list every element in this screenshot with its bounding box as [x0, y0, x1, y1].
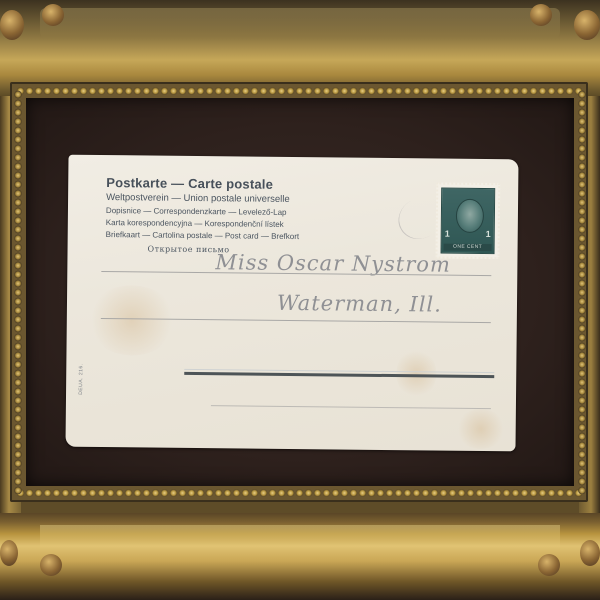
- frame-corner-ornament-bottom-right: [530, 540, 600, 580]
- stamp-denomination-left: 1: [445, 229, 450, 239]
- postcard-language-line: Karta korespondencyjna — Korespondenční …: [106, 218, 284, 229]
- postage-stamp: 1 1 ONE CENT: [435, 183, 500, 260]
- bead-column-right: [577, 90, 587, 494]
- postcard-language-line: Briefkaart — Cartolina postale — Post ca…: [106, 230, 299, 241]
- frame-corner-ornament-bottom-left: [0, 540, 70, 580]
- stamp-denomination-right: 1: [486, 229, 491, 239]
- frame-corner-ornament-top-right: [530, 0, 600, 40]
- address-rule-4: [211, 405, 491, 409]
- postcard: Postkarte — Carte postale Weltpostverein…: [65, 155, 518, 452]
- bead-row-bottom: [16, 488, 584, 498]
- bead-row-top: [16, 86, 584, 96]
- paper-stain: [86, 285, 177, 356]
- postcard-title: Postkarte — Carte postale: [106, 175, 273, 192]
- franklin-portrait-icon: [456, 199, 484, 233]
- bead-column-left: [13, 90, 23, 494]
- printer-code: DEUA. 216.: [78, 363, 84, 394]
- paper-stain: [455, 409, 505, 450]
- postcard-subtitle: Weltpostverein — Union postale universel…: [106, 192, 290, 205]
- address-rule-3: [184, 372, 494, 378]
- address-line-2: Waterman, Ill.: [277, 291, 442, 317]
- stamp-engraving: 1 1 ONE CENT: [441, 188, 496, 255]
- frame-corner-ornament-top-left: [0, 0, 70, 40]
- stamp-value-band: ONE CENT: [444, 244, 492, 252]
- postcard-language-line: Dopisnice — Correspondenzkarte — Levelez…: [106, 206, 287, 217]
- frame-bottom-highlight: [40, 525, 560, 549]
- frame-top-highlight: [40, 8, 560, 38]
- framed-postcard-scene: Postkarte — Carte postale Weltpostverein…: [0, 0, 600, 600]
